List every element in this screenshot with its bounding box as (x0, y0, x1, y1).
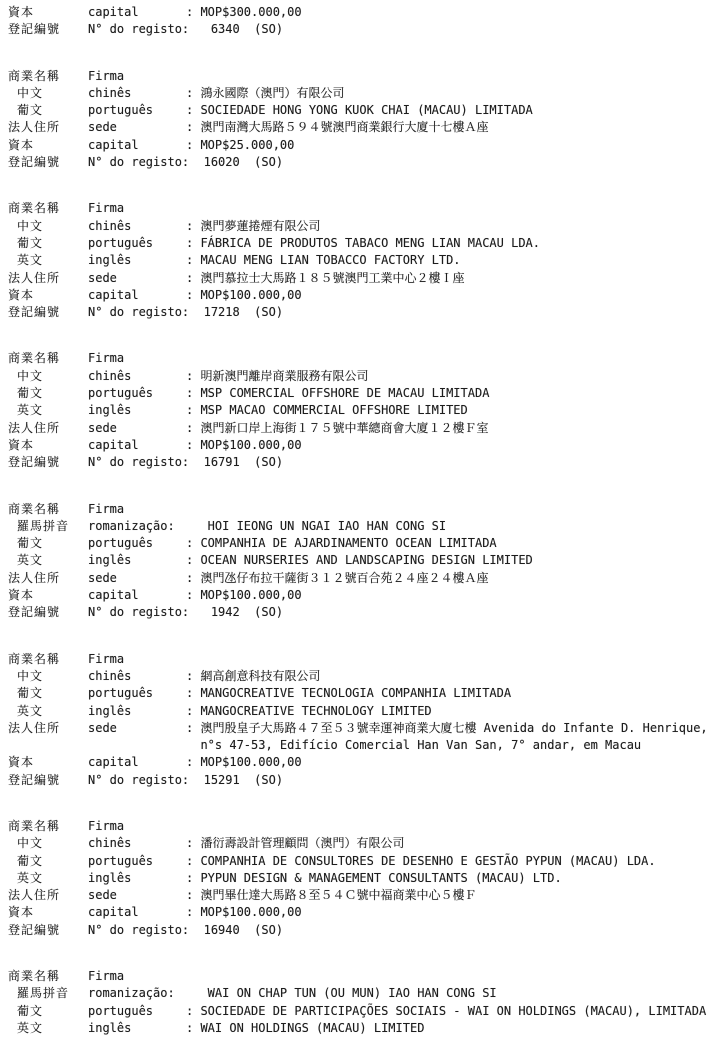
row-sede: 法人住所sede: 澳門殷皇子大馬路４７至５３號幸運神商業大廈七樓 Avenid… (8, 720, 710, 755)
field-label-pt: português (88, 853, 186, 870)
field-label-zh: 英文 (8, 870, 88, 887)
row-chines: 中文chinês: 潘衍壽設計管理顧問（澳門）有限公司 (8, 835, 710, 852)
field-label-zh: 中文 (8, 368, 88, 385)
field-label-zh: 登記編號 (8, 922, 88, 939)
field-value: : MOP$100.000,00 (186, 587, 302, 604)
registry-entry-pypun: 商業名稱Firma中文chinês: 潘衍壽設計管理顧問（澳門）有限公司葡文po… (8, 818, 710, 939)
row-ingles: 英文inglês: WAI ON HOLDINGS (MACAU) LIMITE… (8, 1020, 710, 1037)
field-value: : MOP$25.000,00 (186, 137, 294, 154)
field-value: : 鴻永國際（澳門）有限公司 (186, 85, 344, 102)
field-label-zh: 葡文 (8, 685, 88, 702)
field-value: : FÁBRICA DE PRODUTOS TABACO MENG LIAN M… (186, 235, 540, 252)
row-registo: 登記編號N° do registo: 16940 (SO) (8, 922, 710, 939)
field-label-zh: 英文 (8, 402, 88, 419)
field-label-pt: português (88, 1003, 186, 1020)
field-label-pt: inglês (88, 870, 186, 887)
field-label-zh: 葡文 (8, 853, 88, 870)
field-label-zh: 商業名稱 (8, 501, 88, 518)
field-label-pt: N° do registo: (88, 21, 189, 38)
field-label-pt: Firma (88, 818, 186, 835)
field-label-zh: 法人住所 (8, 420, 88, 437)
field-label-pt: capital (88, 287, 186, 304)
field-label-zh: 羅馬拼音 (8, 985, 88, 1002)
row-firma: 商業名稱Firma (8, 350, 710, 367)
field-label-zh: 法人住所 (8, 270, 88, 287)
field-value: : 澳門殷皇子大馬路４７至５３號幸運神商業大廈七樓 Avenida do Inf… (186, 720, 708, 755)
field-label-pt: N° do registo: (88, 604, 189, 621)
field-label-pt: capital (88, 4, 186, 21)
field-label-pt: inglês (88, 552, 186, 569)
field-label-pt: sede (88, 887, 186, 904)
field-label-pt: N° do registo: (88, 304, 189, 321)
row-sede: 法人住所sede: 澳門氹仔布拉干薩街３１２號百合苑２４座２４樓Ａ座 (8, 570, 710, 587)
row-portugues: 葡文português: COMPANHIA DE AJARDINAMENTO … (8, 535, 710, 552)
row-portugues: 葡文português: MANGOCREATIVE TECNOLOGIA CO… (8, 685, 710, 702)
row-registo: 登記編號N° do registo: 1942 (SO) (8, 604, 710, 621)
field-label-zh: 商業名稱 (8, 818, 88, 835)
field-label-pt: inglês (88, 703, 186, 720)
field-label-pt: sede (88, 119, 186, 136)
row-firma: 商業名稱Firma (8, 968, 710, 985)
row-registo: 登記編號N° do registo: 17218 (SO) (8, 304, 710, 321)
field-value: : MOP$100.000,00 (186, 904, 302, 921)
field-label-zh: 英文 (8, 703, 88, 720)
field-value: : MACAU MENG LIAN TOBACCO FACTORY LTD. (186, 252, 461, 269)
row-portugues: 葡文português: MSP COMERCIAL OFFSHORE DE M… (8, 385, 710, 402)
row-portugues: 葡文português: SOCIEDADE HONG YONG KUOK CH… (8, 102, 710, 119)
field-label-pt: chinês (88, 835, 186, 852)
field-label-pt: chinês (88, 85, 186, 102)
field-label-pt: N° do registo: (88, 772, 189, 789)
row-romanizacao: 羅馬拼音romanização: HOI IEONG UN NGAI IAO H… (8, 518, 710, 535)
field-label-pt: capital (88, 587, 186, 604)
field-label-pt: romanização: (88, 518, 186, 535)
row-sede: 法人住所sede: 澳門南灣大馬路５９４號澳門商業銀行大廈十七樓Ａ座 (8, 119, 710, 136)
field-label-zh: 商業名稱 (8, 968, 88, 985)
field-value: : MSP COMERCIAL OFFSHORE DE MACAU LIMITA… (186, 385, 489, 402)
field-label-zh: 資本 (8, 754, 88, 771)
field-value: : MANGOCREATIVE TECHNOLOGY LIMITED (186, 703, 432, 720)
row-chines: 中文chinês: 明新澳門離岸商業服務有限公司 (8, 368, 710, 385)
field-label-pt: chinês (88, 368, 186, 385)
field-label-zh: 中文 (8, 218, 88, 235)
field-label-pt: Firma (88, 200, 186, 217)
field-value: : MOP$100.000,00 (186, 437, 302, 454)
registry-entry-msp-offshore: 商業名稱Firma中文chinês: 明新澳門離岸商業服務有限公司葡文portu… (8, 350, 710, 471)
field-label-pt: inglês (88, 402, 186, 419)
field-label-pt: inglês (88, 1020, 186, 1037)
field-label-zh: 資本 (8, 587, 88, 604)
row-capital: 資本capital: MOP$100.000,00 (8, 587, 710, 604)
row-sede: 法人住所sede: 澳門畢仕達大馬路８至５４Ｃ號中福商業中心５樓Ｆ (8, 887, 710, 904)
field-label-zh: 法人住所 (8, 119, 88, 136)
field-label-pt: sede (88, 720, 186, 737)
field-label-zh: 登記編號 (8, 304, 88, 321)
field-label-zh: 羅馬拼音 (8, 518, 88, 535)
field-label-zh: 登記編號 (8, 154, 88, 171)
field-label-zh: 資本 (8, 4, 88, 21)
field-label-pt: português (88, 102, 186, 119)
field-label-pt: chinês (88, 218, 186, 235)
row-firma: 商業名稱Firma (8, 818, 710, 835)
field-label-pt: português (88, 685, 186, 702)
field-value: : SOCIEDADE DE PARTICIPAÇÕES SOCIAIS - W… (186, 1003, 706, 1020)
field-label-pt: inglês (88, 252, 186, 269)
field-value: HOI IEONG UN NGAI IAO HAN CONG SI (186, 518, 446, 535)
field-label-pt: Firma (88, 68, 186, 85)
row-portugues: 葡文português: FÁBRICA DE PRODUTOS TABACO … (8, 235, 710, 252)
field-value: : SOCIEDADE HONG YONG KUOK CHAI (MACAU) … (186, 102, 533, 119)
field-label-pt: Firma (88, 651, 186, 668)
field-value: 1942 (SO) (189, 604, 283, 621)
field-label-pt: N° do registo: (88, 454, 189, 471)
registry-entry-wai-on-partial-bottom: 商業名稱Firma羅馬拼音romanização: WAI ON CHAP TU… (8, 968, 710, 1037)
field-label-zh: 英文 (8, 252, 88, 269)
field-label-pt: Firma (88, 350, 186, 367)
field-value: : 澳門夢蓮捲煙有限公司 (186, 218, 320, 235)
field-label-zh: 商業名稱 (8, 350, 88, 367)
field-value: : COMPANHIA DE AJARDINAMENTO OCEAN LIMIT… (186, 535, 497, 552)
field-label-zh: 資本 (8, 904, 88, 921)
field-label-zh: 中文 (8, 85, 88, 102)
field-value: : MOP$300.000,00 (186, 4, 302, 21)
field-value: 17218 (SO) (189, 304, 283, 321)
field-label-zh: 登記編號 (8, 772, 88, 789)
field-value: 6340 (SO) (189, 21, 283, 38)
field-value: : 澳門慕拉士大馬路１８５號澳門工業中心２樓Ｉ座 (186, 270, 464, 287)
field-label-zh: 法人住所 (8, 720, 88, 737)
field-value: : 澳門氹仔布拉干薩街３１２號百合苑２４座２４樓Ａ座 (186, 570, 488, 587)
field-label-zh: 英文 (8, 1020, 88, 1037)
field-value: : 澳門南灣大馬路５９４號澳門商業銀行大廈十七樓Ａ座 (186, 119, 488, 136)
field-label-pt: português (88, 535, 186, 552)
row-registo: 登記編號N° do registo: 6340 (SO) (8, 21, 710, 38)
row-romanizacao: 羅馬拼音romanização: WAI ON CHAP TUN (OU MUN… (8, 985, 710, 1002)
field-value: : 明新澳門離岸商業服務有限公司 (186, 368, 368, 385)
field-label-zh: 葡文 (8, 235, 88, 252)
field-value: 15291 (SO) (189, 772, 283, 789)
row-ingles: 英文inglês: MACAU MENG LIAN TOBACCO FACTOR… (8, 252, 710, 269)
field-label-zh: 登記編號 (8, 454, 88, 471)
field-label-pt: romanização: (88, 985, 186, 1002)
registry-entry-partial-top: 資本capital: MOP$300.000,00登記編號N° do regis… (8, 4, 710, 39)
field-label-pt: chinês (88, 668, 186, 685)
field-value: : PYPUN DESIGN & MANAGEMENT CONSULTANTS … (186, 870, 562, 887)
field-label-pt: capital (88, 754, 186, 771)
field-value: : COMPANHIA DE CONSULTORES DE DESENHO E … (186, 853, 656, 870)
field-value: : 澳門畢仕達大馬路８至５４Ｃ號中福商業中心５樓Ｆ (186, 887, 476, 904)
field-value: 16020 (SO) (189, 154, 283, 171)
field-value: : WAI ON HOLDINGS (MACAU) LIMITED (186, 1020, 424, 1037)
registry-entry-meng-lian: 商業名稱Firma中文chinês: 澳門夢蓮捲煙有限公司葡文português… (8, 200, 710, 321)
field-label-zh: 商業名稱 (8, 651, 88, 668)
field-label-zh: 法人住所 (8, 570, 88, 587)
row-capital: 資本capital: MOP$100.000,00 (8, 437, 710, 454)
row-portugues: 葡文português: COMPANHIA DE CONSULTORES DE… (8, 853, 710, 870)
field-label-zh: 登記編號 (8, 604, 88, 621)
row-portugues: 葡文português: SOCIEDADE DE PARTICIPAÇÕES … (8, 1003, 710, 1020)
field-label-zh: 葡文 (8, 535, 88, 552)
row-chines: 中文chinês: 鴻永國際（澳門）有限公司 (8, 85, 710, 102)
field-value: : MANGOCREATIVE TECNOLOGIA COMPANHIA LIM… (186, 685, 511, 702)
row-ingles: 英文inglês: MSP MACAO COMMERCIAL OFFSHORE … (8, 402, 710, 419)
field-label-zh: 商業名稱 (8, 68, 88, 85)
row-firma: 商業名稱Firma (8, 651, 710, 668)
row-sede: 法人住所sede: 澳門慕拉士大馬路１８５號澳門工業中心２樓Ｉ座 (8, 270, 710, 287)
field-value: WAI ON CHAP TUN (OU MUN) IAO HAN CONG SI (186, 985, 497, 1002)
field-label-zh: 資本 (8, 437, 88, 454)
field-value: : 澳門新口岸上海街１７５號中華總商會大廈１２樓Ｆ室 (186, 420, 488, 437)
field-label-pt: capital (88, 437, 186, 454)
field-label-pt: sede (88, 420, 186, 437)
field-value: 16940 (SO) (189, 922, 283, 939)
registry-entry-hong-yong: 商業名稱Firma中文chinês: 鴻永國際（澳門）有限公司葡文portugu… (8, 68, 710, 172)
row-registo: 登記編號N° do registo: 16791 (SO) (8, 454, 710, 471)
field-label-pt: Firma (88, 501, 186, 518)
field-label-pt: N° do registo: (88, 154, 189, 171)
registry-entry-ocean: 商業名稱Firma羅馬拼音romanização: HOI IEONG UN N… (8, 501, 710, 622)
field-label-zh: 資本 (8, 287, 88, 304)
row-registo: 登記編號N° do registo: 16020 (SO) (8, 154, 710, 171)
field-value: : MOP$100.000,00 (186, 754, 302, 771)
field-label-pt: português (88, 235, 186, 252)
field-value: : OCEAN NURSERIES AND LANDSCAPING DESIGN… (186, 552, 533, 569)
row-ingles: 英文inglês: OCEAN NURSERIES AND LANDSCAPIN… (8, 552, 710, 569)
row-firma: 商業名稱Firma (8, 68, 710, 85)
field-value: : 網高創意科技有限公司 (186, 668, 320, 685)
field-label-pt: capital (88, 137, 186, 154)
row-capital: 資本capital: MOP$100.000,00 (8, 287, 710, 304)
field-label-zh: 法人住所 (8, 887, 88, 904)
field-value: : 潘衍壽設計管理顧問（澳門）有限公司 (186, 835, 404, 852)
field-label-zh: 中文 (8, 668, 88, 685)
row-chines: 中文chinês: 網高創意科技有限公司 (8, 668, 710, 685)
field-value: : MOP$100.000,00 (186, 287, 302, 304)
field-label-zh: 葡文 (8, 385, 88, 402)
field-label-zh: 商業名稱 (8, 200, 88, 217)
row-firma: 商業名稱Firma (8, 200, 710, 217)
field-label-zh: 葡文 (8, 102, 88, 119)
field-label-pt: sede (88, 570, 186, 587)
registry-entry-mangocreative: 商業名稱Firma中文chinês: 網高創意科技有限公司葡文português… (8, 651, 710, 789)
row-capital: 資本capital: MOP$100.000,00 (8, 754, 710, 771)
row-firma: 商業名稱Firma (8, 501, 710, 518)
field-label-pt: sede (88, 270, 186, 287)
field-label-pt: N° do registo: (88, 922, 189, 939)
field-label-zh: 葡文 (8, 1003, 88, 1020)
field-value: : MSP MACAO COMMERCIAL OFFSHORE LIMITED (186, 402, 468, 419)
row-ingles: 英文inglês: PYPUN DESIGN & MANAGEMENT CONS… (8, 870, 710, 887)
row-capital: 資本capital: MOP$300.000,00 (8, 4, 710, 21)
field-label-zh: 中文 (8, 835, 88, 852)
field-label-zh: 登記編號 (8, 21, 88, 38)
row-ingles: 英文inglês: MANGOCREATIVE TECHNOLOGY LIMIT… (8, 703, 710, 720)
row-capital: 資本capital: MOP$25.000,00 (8, 137, 710, 154)
row-sede: 法人住所sede: 澳門新口岸上海街１７５號中華總商會大廈１２樓Ｆ室 (8, 420, 710, 437)
row-chines: 中文chinês: 澳門夢蓮捲煙有限公司 (8, 218, 710, 235)
field-label-pt: Firma (88, 968, 186, 985)
field-value: 16791 (SO) (189, 454, 283, 471)
document-page: 資本capital: MOP$300.000,00登記編號N° do regis… (0, 0, 716, 1037)
row-registo: 登記編號N° do registo: 15291 (SO) (8, 772, 710, 789)
field-label-pt: capital (88, 904, 186, 921)
field-label-pt: português (88, 385, 186, 402)
row-capital: 資本capital: MOP$100.000,00 (8, 904, 710, 921)
field-label-zh: 英文 (8, 552, 88, 569)
field-label-zh: 資本 (8, 137, 88, 154)
